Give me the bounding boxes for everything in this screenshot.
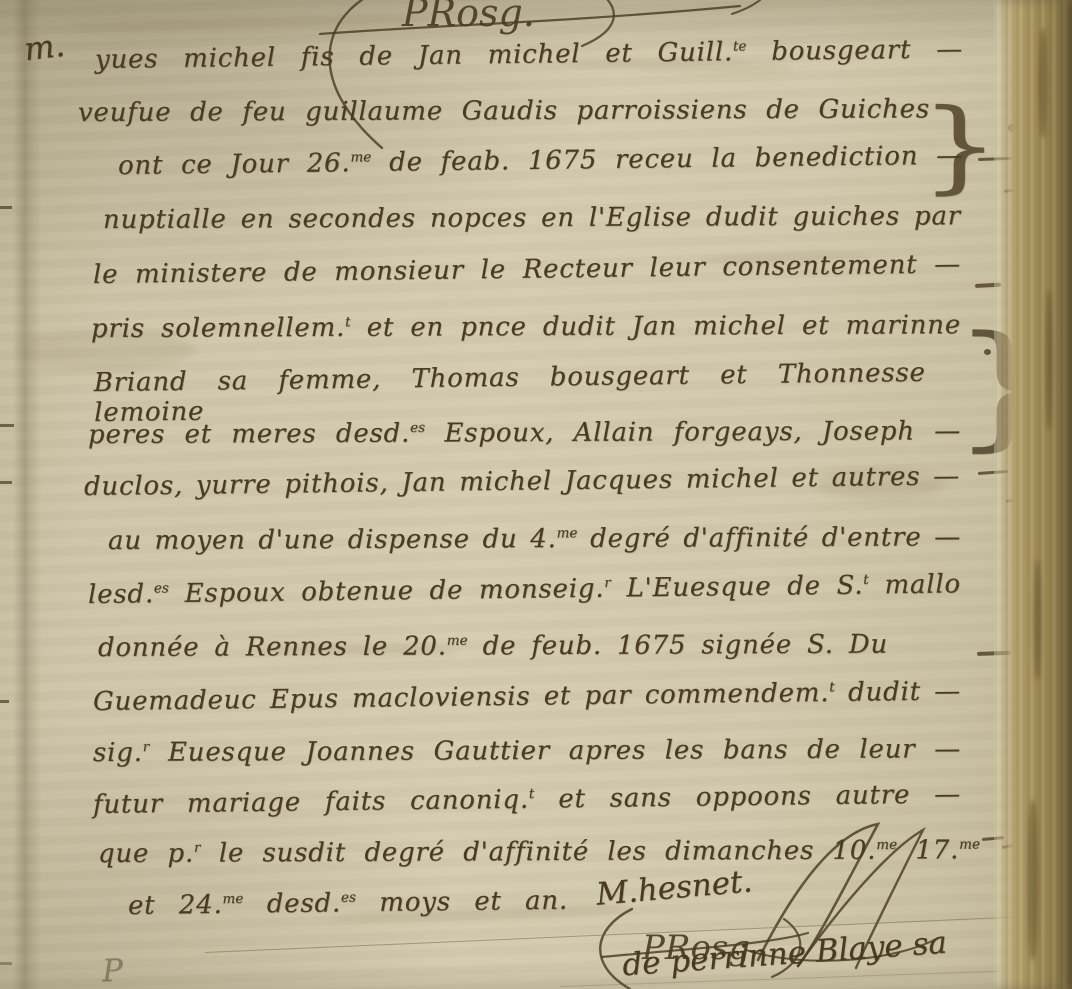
- binding-edge: [994, 0, 1072, 989]
- left-edge-tick: [0, 962, 12, 965]
- left-edge-tick: [0, 700, 9, 703]
- manuscript-line: nuptialle en secondes nopces en l'Eglise…: [103, 202, 961, 236]
- manuscript-line: donnée à Rennes le 20.me de feub. 1675 s…: [98, 631, 888, 664]
- manuscript-line: peres et meres desd.es Espoux, Allain fo…: [88, 417, 961, 451]
- manuscript-scan: PRosg. m. yues michel fis de Jan michel …: [0, 0, 1072, 989]
- next-entry-faint-start: P: [101, 953, 123, 989]
- line-flourish-brace: }: [920, 96, 1000, 196]
- left-edge-tick: [0, 206, 12, 209]
- page-fold-crease: [13, 0, 41, 989]
- binding-stain: [1028, 800, 1038, 960]
- manuscript-line: Guemadeuc Epus macloviensis et par comme…: [93, 677, 961, 717]
- manuscript-line: au moyen d'une dispense du 4.me degré d'…: [108, 523, 961, 557]
- manuscript-line: le ministere de monsieur le Recteur leur…: [93, 250, 961, 290]
- manuscript-line: ont ce Jour 26.me de feab. 1675 receu la…: [118, 142, 963, 182]
- left-edge-tick: [0, 424, 14, 427]
- manuscript-line: pris solemnellem.t et en pnce dudit Jan …: [91, 311, 961, 345]
- manuscript-line: futur mariage faits canoniq.t et sans op…: [93, 780, 961, 820]
- manuscript-line: lesd.es Espoux obtenue de monseig.r L'Eu…: [88, 570, 961, 611]
- manuscript-line: duclos, yurre pithois, Jan michel Jacque…: [84, 462, 960, 503]
- manuscript-line: sig.r Euesque Joannes Gauttier apres les…: [93, 735, 961, 769]
- bottom-shadow: [0, 963, 1072, 989]
- margin-dot: [984, 349, 991, 355]
- left-edge-tick: [0, 481, 12, 484]
- manuscript-line: et 24.me desd.es moys et an.: [128, 887, 568, 922]
- binding-stain: [1046, 290, 1052, 430]
- manuscript-line: que p.r le susdit degré d'affinité les d…: [98, 836, 980, 870]
- margin-initial: m.: [22, 26, 67, 69]
- manuscript-line: veufue de feu guillaume Gaudis parroissi…: [78, 95, 930, 129]
- binding-stain: [1039, 28, 1047, 138]
- binding-stain: [1034, 560, 1041, 680]
- signature-name: M.hesnet.: [595, 863, 754, 912]
